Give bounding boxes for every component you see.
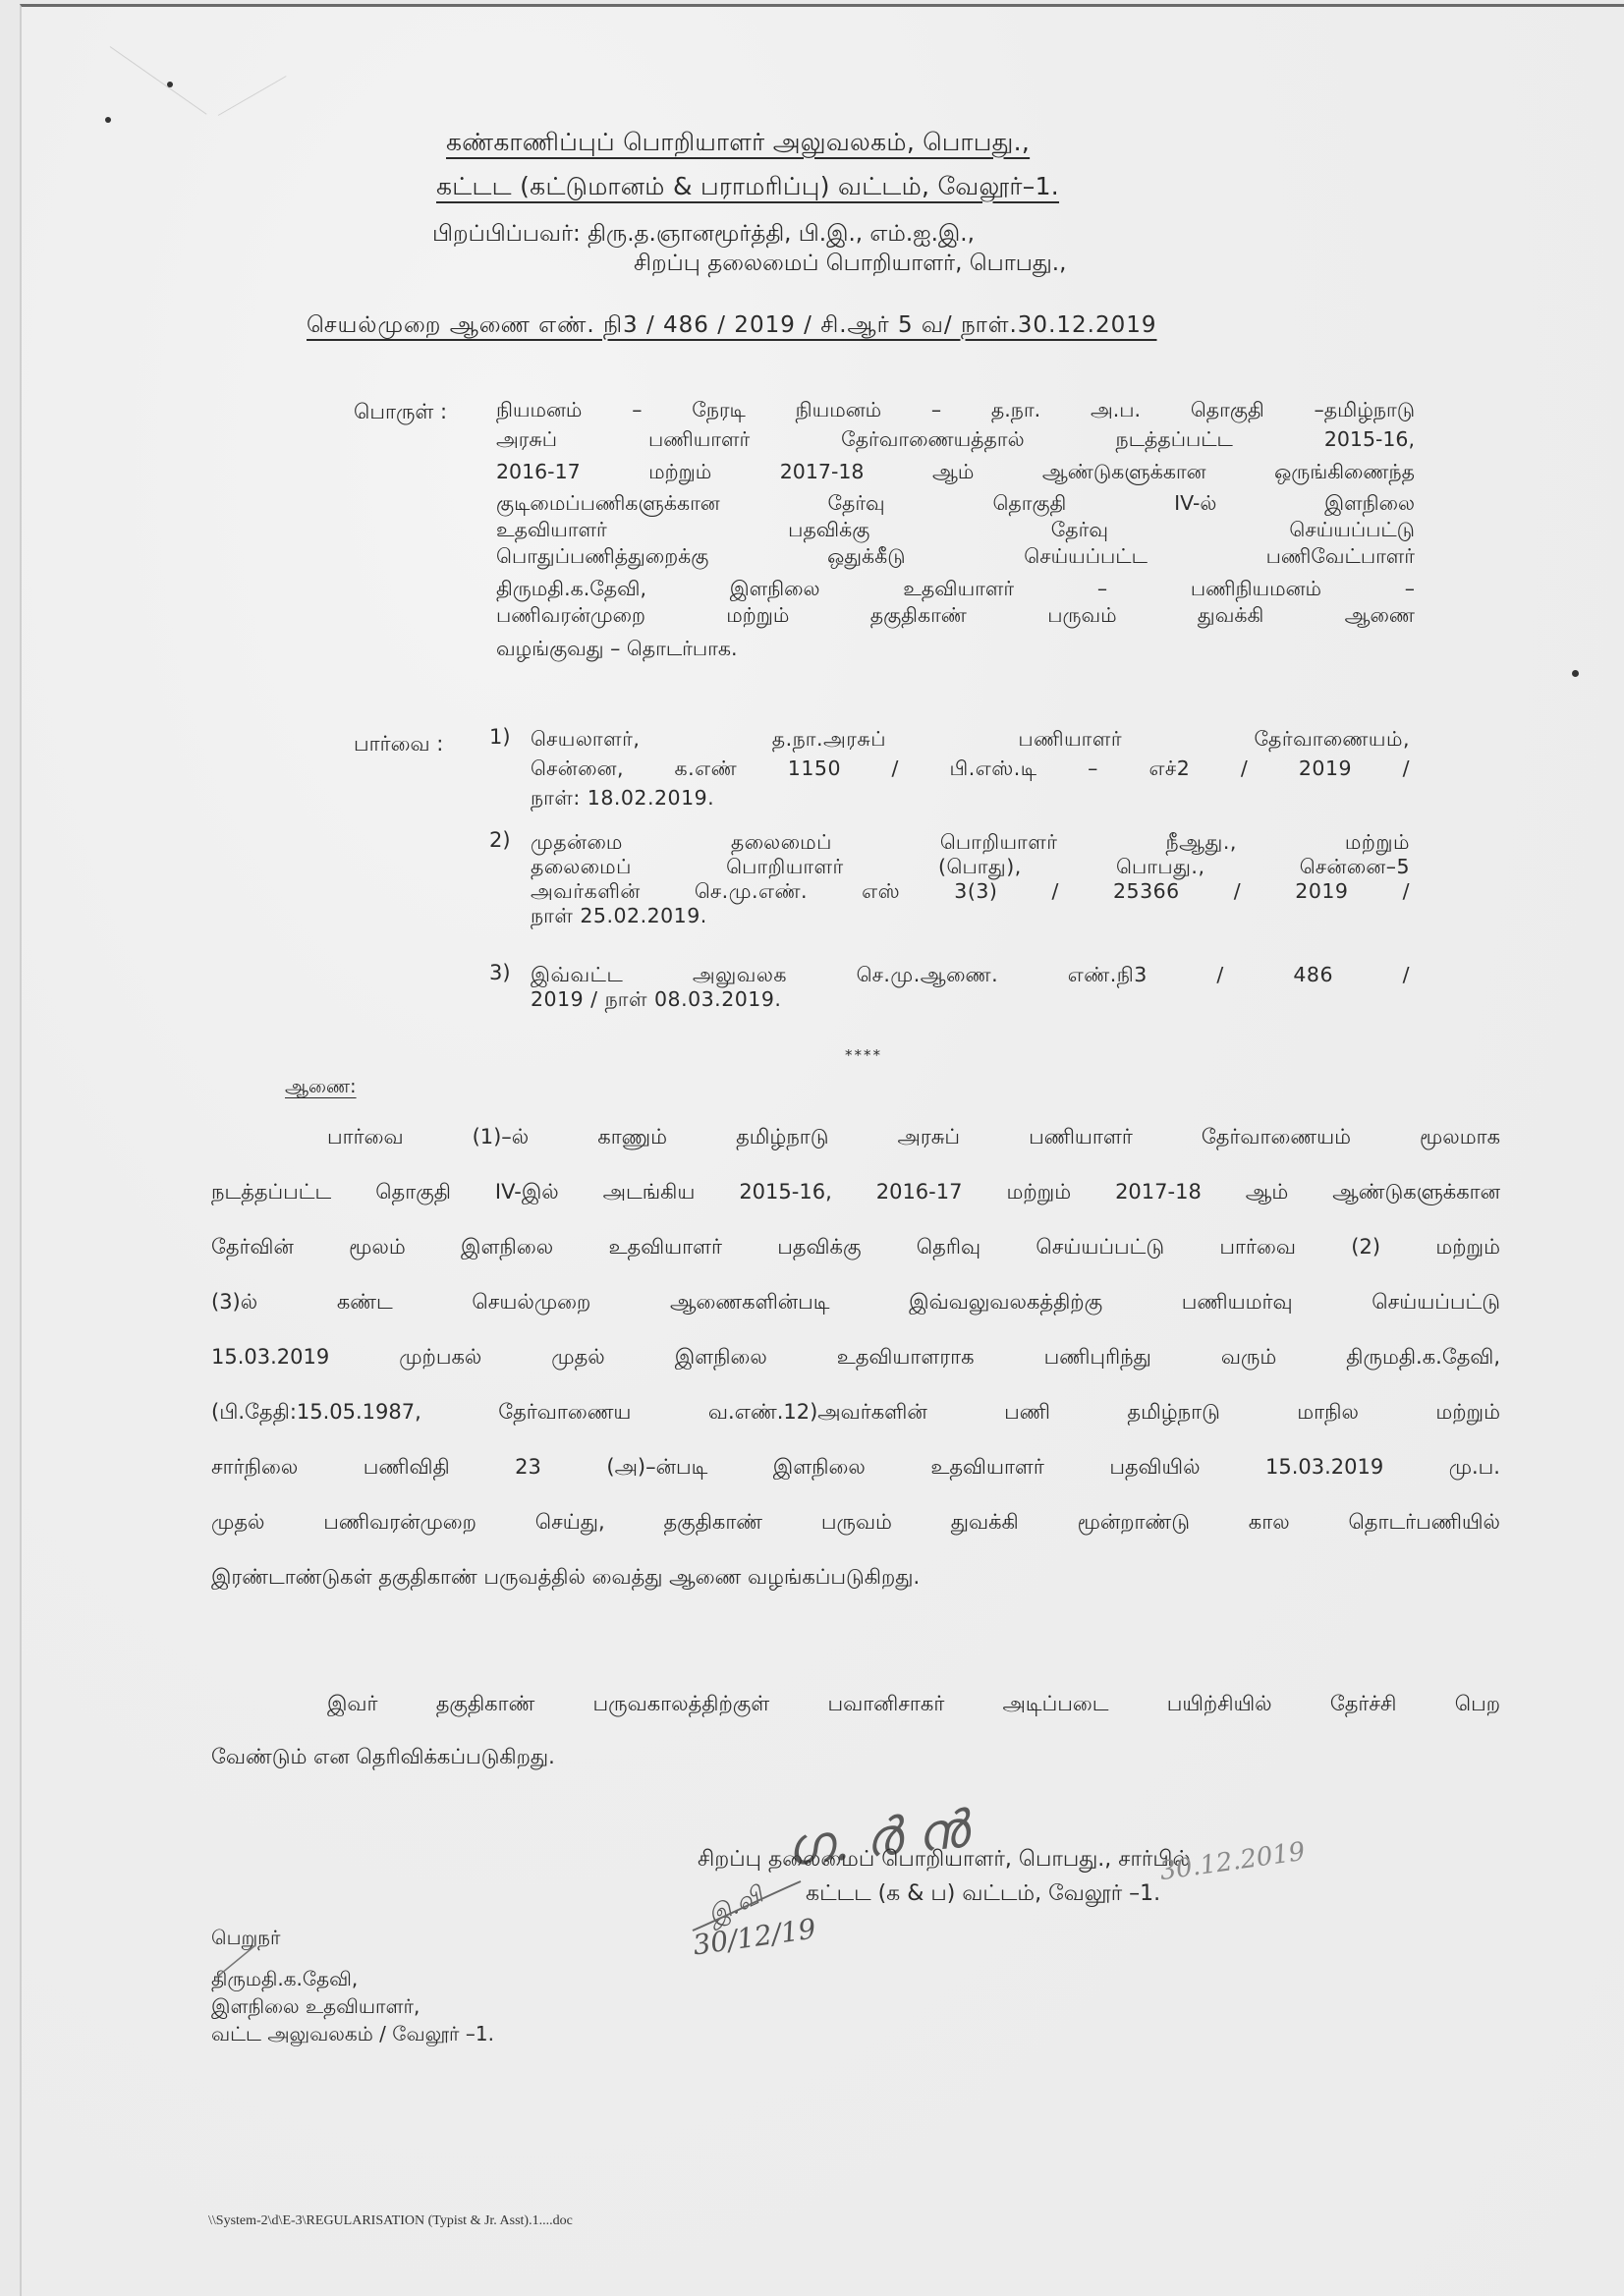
reference-number: 3) — [489, 961, 511, 984]
order-line: (பி.தேதி:15.05.1987, தேர்வாணைய வ.எண்.12)… — [211, 1400, 1500, 1455]
order-line: நடத்தப்பட்ட தொகுதி IV-இல் அடங்கிய 2015-1… — [211, 1180, 1500, 1235]
reference-line: அவர்களின் செ.மு.எண். எஸ் 3(3) / 25366 / … — [531, 879, 1410, 904]
subject-line: 2016-17 மற்றும் 2017-18 ஆம் ஆண்டுகளுக்கா… — [496, 460, 1415, 491]
paper-crease — [218, 76, 287, 116]
order-paragraph-2: இவர் தகுதிகாண் பருவகாலத்திற்குள் பவானிசா… — [211, 1692, 1500, 1798]
signatory-line2: கட்டட (க & ப) வட்டம், வேலூர் –1. — [806, 1881, 1160, 1909]
subject-line: பணிவரன்முறை மற்றும் தகுதிகாண் பருவம் துவ… — [496, 603, 1415, 637]
reference-line: நாள் 25.02.2019. — [531, 904, 1410, 928]
paper-crease — [110, 46, 207, 115]
order-paragraph-1: பார்வை (1)–ல் காணும் தமிழ்நாடு அரசுப் பண… — [211, 1125, 1500, 1620]
pen-stroke-icon — [688, 1876, 806, 1935]
subject-label: பொருள் : — [354, 400, 447, 426]
subject-text: நியமனம் – நேரடி நியமனம் – த.நா. அ.ப. தொக… — [496, 398, 1415, 663]
reference-line: இவ்வட்ட அலுவலக செ.மு.ஆணை. எண்.நி3 / 486 … — [531, 963, 1410, 987]
reference-item: செயலாளர், த.நா.அரசுப் பணியாளர் தேர்வாணைய… — [531, 727, 1410, 815]
issuer-name: திரு.த.ஞானமூர்த்தி, பி.இ., எம்.ஐ.இ., — [588, 221, 975, 247]
ink-dot — [1572, 670, 1579, 677]
pen-stroke-icon — [211, 1940, 260, 1980]
order-line: இரண்டாண்டுகள் தகுதிகாண் பருவத்தில் வைத்த… — [211, 1565, 1500, 1620]
order-heading: ஆணை: — [285, 1076, 357, 1100]
signatory-line1: சிறப்பு தலைமைப் பொறியாளர், பொபது., சார்ப… — [698, 1847, 1191, 1875]
reference-line: நாள்: 18.02.2019. — [531, 786, 1410, 815]
file-path-footer: \\System-2\d\E-3\REGULARISATION (Typist … — [208, 2213, 573, 2229]
reference-line: முதன்மை தலைமைப் பொறியாளர் நீஆது., மற்றும… — [531, 830, 1410, 855]
subject-line: வழங்குவது – தொடர்பாக. — [496, 637, 1415, 663]
staple-mark — [105, 117, 111, 123]
order-line: பார்வை (1)–ல் காணும் தமிழ்நாடு அரசுப் பண… — [211, 1125, 1500, 1180]
subject-line: குடிமைப்பணிகளுக்கான தேர்வு தொகுதி IV-ல் … — [496, 491, 1415, 518]
reference-number: 1) — [489, 725, 511, 749]
reference-line: சென்னை, க.எண் 1150 / பி.எஸ்.டி – எச்2 / … — [531, 756, 1410, 786]
order-line: முதல் பணிவரன்முறை செய்து, தகுதிகாண் பருவ… — [211, 1510, 1500, 1565]
subject-line: பொதுப்பணித்துறைக்கு ஒதுக்கீடு செய்யப்பட்… — [496, 544, 1415, 577]
order-line: இவர் தகுதிகாண் பருவகாலத்திற்குள் பவானிசா… — [211, 1692, 1500, 1745]
reference-line: 2019 / நாள் 08.03.2019. — [531, 987, 1410, 1012]
recipient-line: வட்ட அலுவலகம் / வேலூர் –1. — [211, 2020, 494, 2047]
recipient-line: இளநிலை உதவியாளர், — [211, 1992, 494, 2020]
office-name-line1: கண்காணிப்புப் பொறியாளர் அலுவலகம், பொபது.… — [446, 128, 1030, 160]
staple-mark — [167, 82, 173, 87]
issuer-block: பிறப்பிப்பவர்: திரு.த.ஞானமூர்த்தி, பி.இ.… — [432, 221, 975, 250]
order-line: தேர்வின் மூலம் இளநிலை உதவியாளர் பதவிக்கு… — [211, 1235, 1500, 1290]
subject-line: திருமதி.க.தேவி, இளநிலை உதவியாளர் – பணிநி… — [496, 577, 1415, 603]
order-line: (3)ல் கண்ட செயல்முறை ஆணைகளின்படி இவ்வலுவ… — [211, 1290, 1500, 1345]
section-separator: **** — [845, 1046, 882, 1064]
subject-line: உதவியாளர் பதவிக்கு தேர்வு செய்யப்பட்டு — [496, 518, 1415, 544]
subject-line: அரசுப் பணியாளர் தேர்வாணையத்தால் நடத்தப்ப… — [496, 427, 1415, 460]
references-label: பார்வை : — [354, 732, 443, 758]
reference-item: இவ்வட்ட அலுவலக செ.மு.ஆணை. எண்.நி3 / 486 … — [531, 963, 1410, 1012]
order-line: வேண்டும் என தெரிவிக்கப்படுகிறது. — [211, 1745, 1500, 1798]
order-line: 15.03.2019 முற்பகல் முதல் இளநிலை உதவியாள… — [211, 1345, 1500, 1400]
subject-line: நியமனம் – நேரடி நியமனம் – த.நா. அ.ப. தொக… — [496, 398, 1415, 427]
issuer-designation: சிறப்பு தலைமைப் பொறியாளர், பொபது., — [634, 251, 1066, 279]
office-name-line2: கட்டட (கட்டுமானம் & பராமரிப்பு) வட்டம், … — [436, 172, 1059, 204]
reference-line: செயலாளர், த.நா.அரசுப் பணியாளர் தேர்வாணைய… — [531, 727, 1410, 756]
order-reference: செயல்முறை ஆணை எண். நி3 / 486 / 2019 / சி… — [307, 312, 1157, 341]
order-line: சார்நிலை பணிவிதி 23 (அ)–ன்படி இளநிலை உதவ… — [211, 1455, 1500, 1510]
reference-item: முதன்மை தலைமைப் பொறியாளர் நீஆது., மற்றும… — [531, 830, 1410, 928]
reference-number: 2) — [489, 828, 511, 852]
issuer-label: பிறப்பிப்பவர்: — [432, 221, 581, 247]
reference-line: தலைமைப் பொறியாளர் (பொது), பொபது., சென்னை… — [531, 855, 1410, 879]
